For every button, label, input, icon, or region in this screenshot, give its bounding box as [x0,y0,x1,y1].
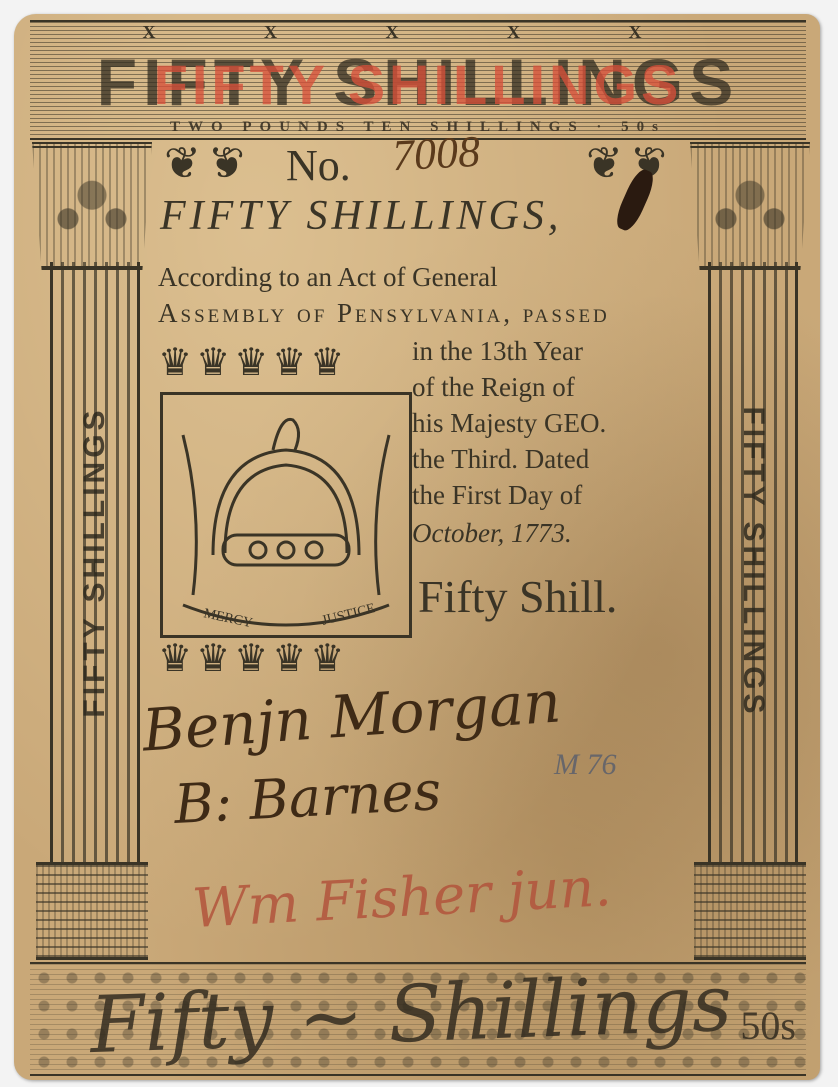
column-base [694,862,806,960]
serial-label: No. [286,140,351,191]
column-capital [690,142,810,270]
signature-fisher: Wm Fisher jun. [191,855,613,940]
column-shaft: FIFTY SHILLINGS [50,262,140,862]
crown-row-top-icon: ♛♛♛♛♛ [158,340,348,385]
flourish-ornament-icon: ❦ [586,138,623,189]
bottom-script: Fifty ~ Shillings [89,959,734,1071]
pencil-annotation: M 76 [554,748,617,782]
column-shaft: FIFTY SHILLINGS [708,262,798,862]
right-column: FIFTY SHILLINGS [690,142,810,954]
signature-morgan: Benjn Morgan [140,667,563,764]
bottom-denomination-band: Fifty ~ Shillings 50s [30,962,806,1076]
left-column: FIFTY SHILLINGS [32,142,152,954]
body-line: October, 1773. [412,518,572,549]
motto-right: JUSTICE [320,601,376,629]
bottom-value: 50s [740,1002,796,1049]
column-text: FIFTY SHILLINGS [736,406,770,717]
flourish-ornament-icon: ❦ [208,138,245,189]
crown-arms-icon: MERCY JUSTICE [163,395,409,635]
column-text: FIFTY SHILLINGS [78,406,112,717]
column-base [36,862,148,960]
x-marks: X X X X X [30,22,806,43]
banknote: X X X X X FIFTY SHILLINGS FIFTY SHILLING… [14,14,820,1080]
body-line: his Majesty GEO. [412,408,606,439]
serial-number: 7008 [391,126,482,182]
denomination-short: Fifty Shill. [418,570,617,623]
signature-barnes: B: Barnes [173,759,443,836]
column-capital [32,142,152,270]
motto-left: MERCY [202,606,254,631]
body-line: According to an Act of General [158,262,498,293]
flourish-ornament-icon: ❦ [164,138,201,189]
body-line: Assembly of Pensylvania, passed [158,298,610,329]
body-line: the First Day of [412,480,582,511]
crown-row-bottom-icon: ♛♛♛♛♛ [158,636,348,681]
body-line: of the Reign of [412,372,575,403]
arms-seal: MERCY JUSTICE [160,392,412,638]
heading: FIFTY SHILLINGS, [160,192,562,240]
red-overprint: FIFTY SHILLINGS [30,52,806,117]
body-line: in the 13th Year [412,336,583,367]
body-line: the Third. Dated [412,444,589,475]
top-denomination-band: X X X X X FIFTY SHILLINGS FIFTY SHILLING… [30,20,806,140]
